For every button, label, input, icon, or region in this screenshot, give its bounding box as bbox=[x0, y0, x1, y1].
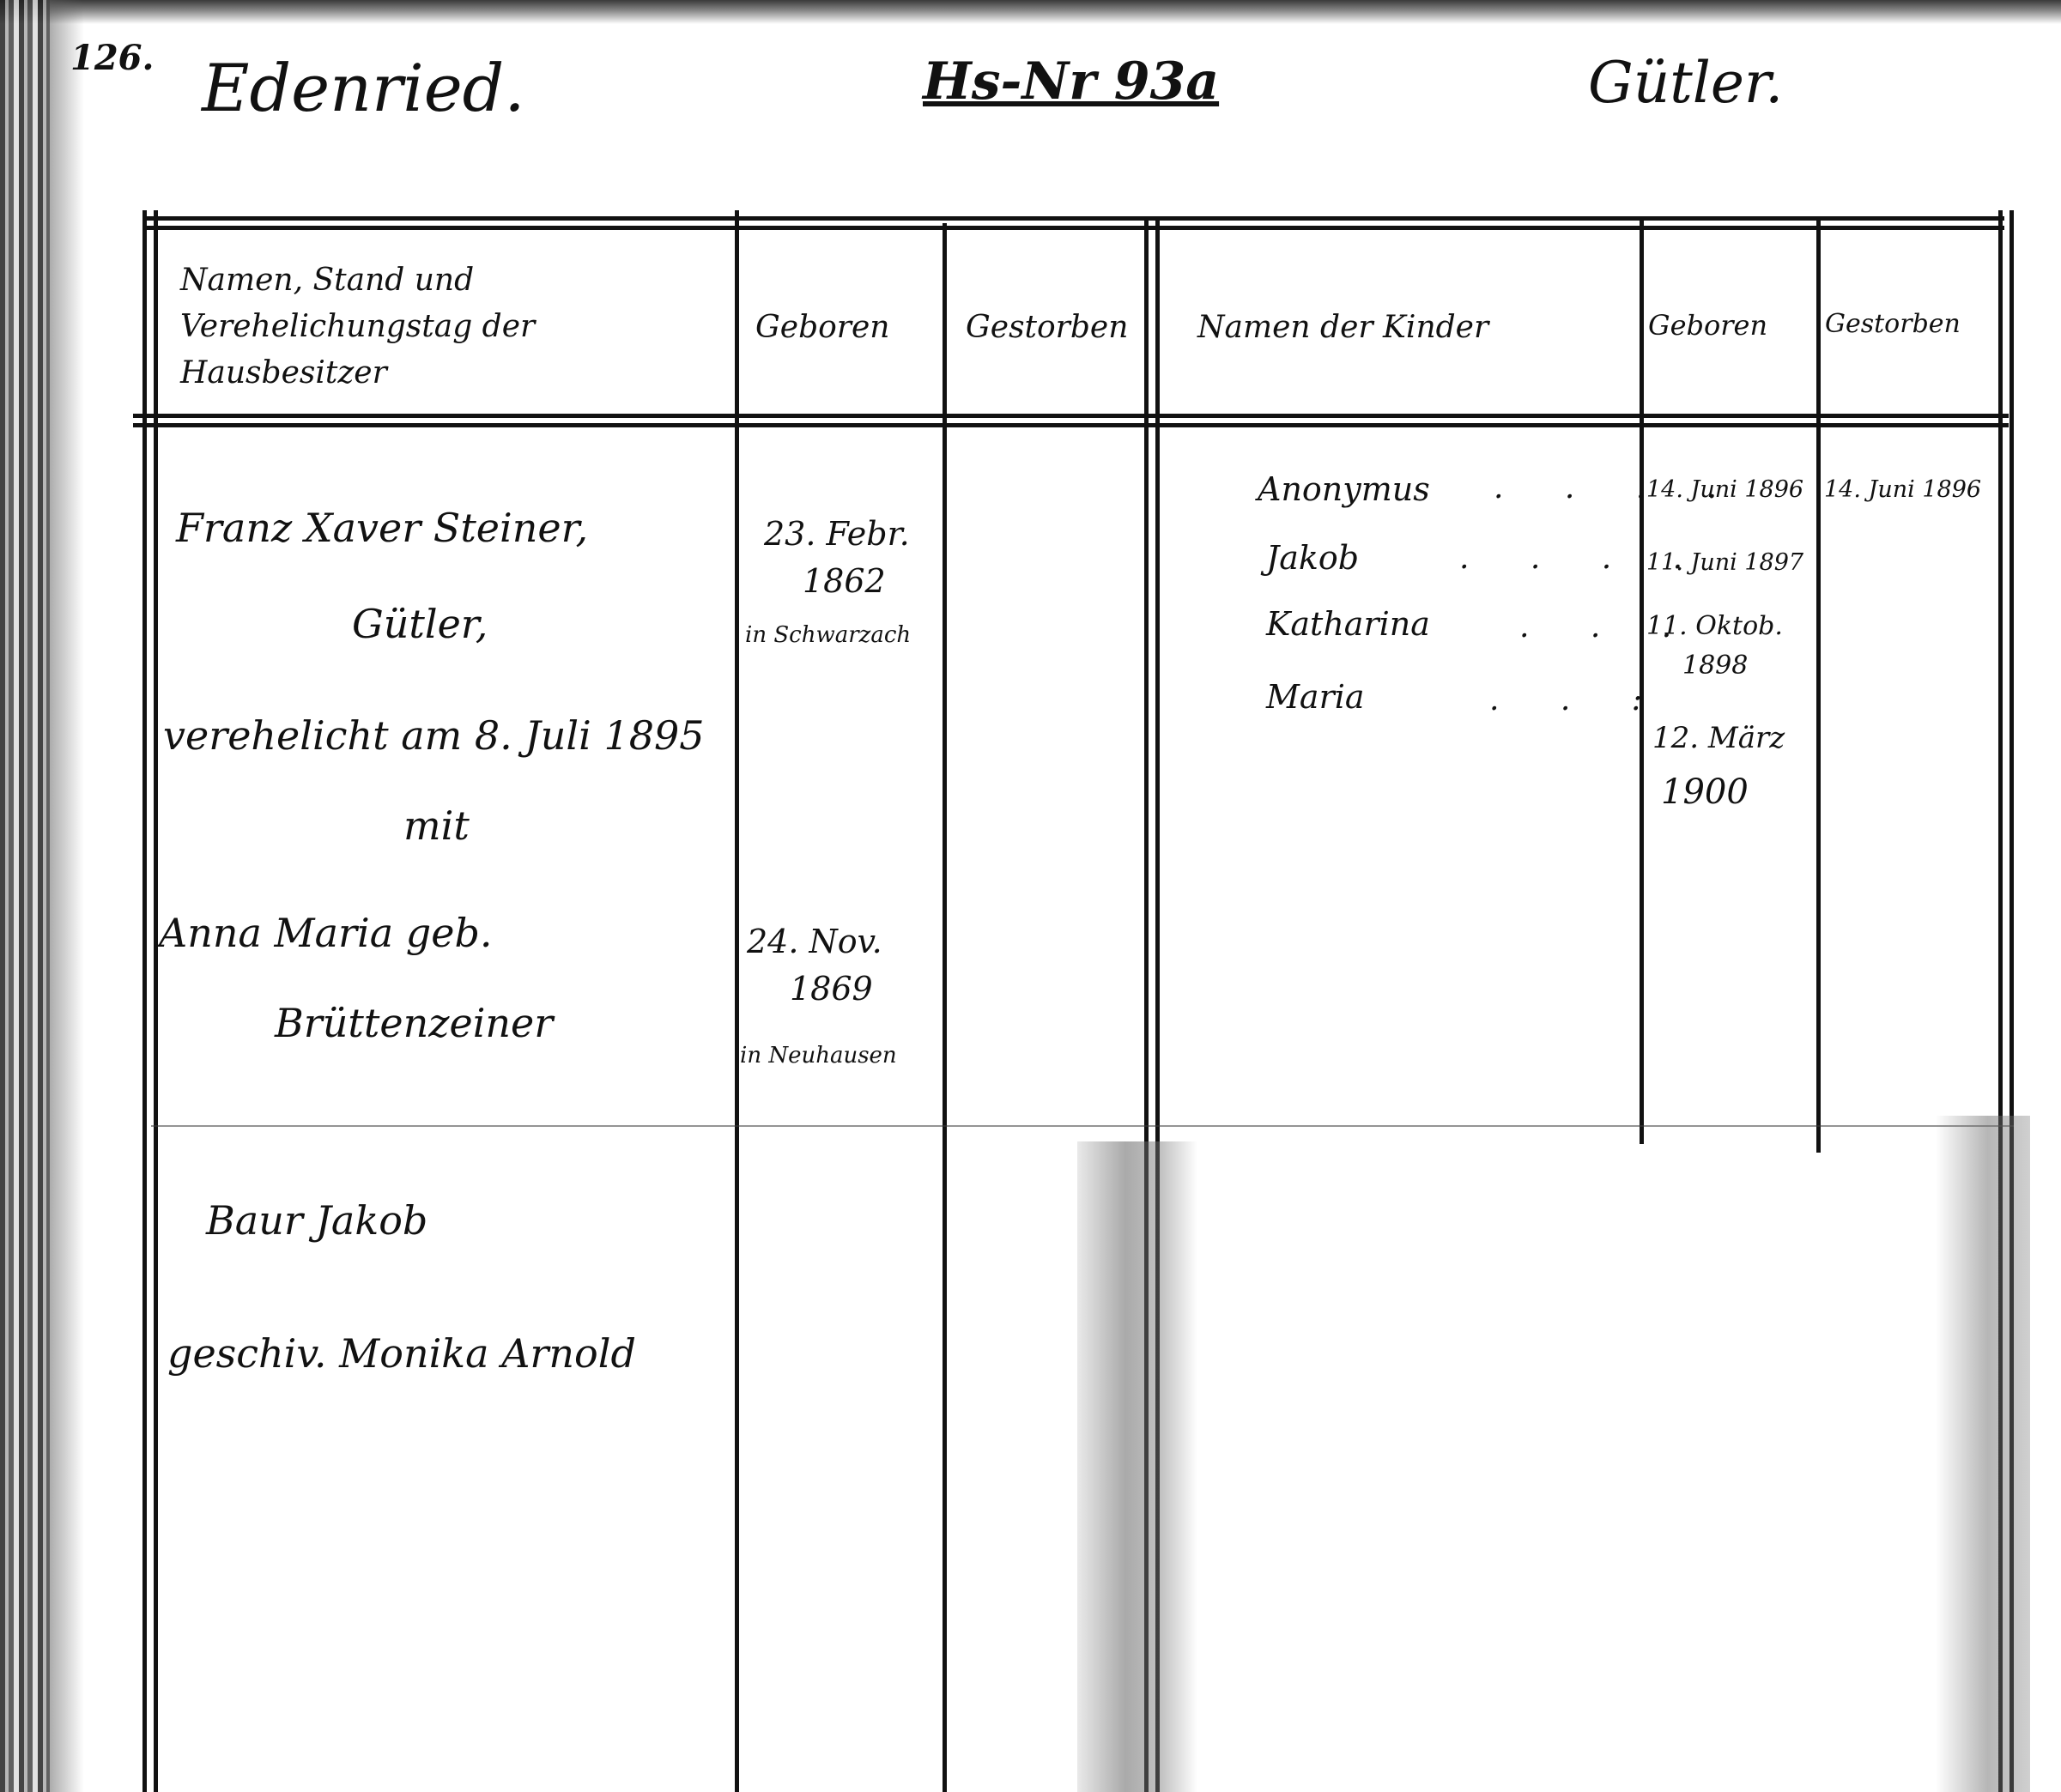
header-child-born: Geboren bbox=[1648, 305, 1767, 346]
header-bottom-rule bbox=[133, 414, 2009, 427]
wife-born-year: 1869 bbox=[790, 970, 873, 1008]
row-separator bbox=[151, 1125, 2014, 1127]
scan-shadow-left bbox=[1077, 1141, 1197, 1792]
child-born: 11. Juni 1897 bbox=[1646, 549, 1803, 576]
husband-status: Gütler, bbox=[352, 601, 488, 647]
wife-born-date: 24. Nov. bbox=[747, 923, 882, 960]
header-owner: Namen, Stand und Verehelichungstag der H… bbox=[180, 257, 712, 397]
child-born-line2: 1900 bbox=[1661, 772, 1749, 812]
scan-shadow-right bbox=[1936, 1116, 2030, 1792]
husband-born-date: 23. Febr. bbox=[764, 515, 910, 553]
table-left-rule bbox=[142, 210, 158, 1792]
book-binding bbox=[0, 0, 50, 1792]
second-owner-note: geschiv. Monika Arnold bbox=[167, 1330, 636, 1377]
child-name: Jakob bbox=[1266, 539, 1359, 577]
child-name: Katharina bbox=[1266, 605, 1430, 643]
wife-maiden-name: Brüttenzeiner bbox=[275, 1000, 553, 1046]
child-name: Maria bbox=[1266, 678, 1365, 716]
child-born: 14. Juni 1896 bbox=[1646, 476, 1803, 503]
marriage-date: verehelicht am 8. Juli 1895 bbox=[163, 712, 705, 759]
child-died: 14. Juni 1896 bbox=[1824, 476, 1981, 503]
scan-top-shadow bbox=[0, 0, 2061, 24]
leader-dots: . . : bbox=[1489, 682, 1668, 717]
husband-name: Franz Xaver Steiner, bbox=[176, 505, 588, 551]
house-number: Hs-Nr 93a bbox=[923, 51, 1219, 112]
marriage-with: mit bbox=[403, 802, 470, 849]
wife-name: Anna Maria geb. bbox=[159, 910, 493, 956]
child-name: Anonymus bbox=[1258, 470, 1430, 508]
header-owner-born: Geboren bbox=[755, 305, 889, 351]
col-rule-2 bbox=[943, 223, 947, 1792]
wife-born-place: in Neuhausen bbox=[740, 1043, 897, 1069]
header-child-died: Gestorben bbox=[1825, 305, 1961, 343]
col-rule-4 bbox=[1640, 219, 1644, 1144]
page-number: 126. bbox=[70, 38, 154, 78]
second-owner-name: Baur Jakob bbox=[206, 1197, 427, 1244]
place-name: Edenried. bbox=[202, 50, 524, 126]
child-born-line1: 12. März bbox=[1652, 721, 1785, 755]
header-children: Namen der Kinder bbox=[1197, 305, 1488, 351]
child-born-line2: 1898 bbox=[1682, 651, 1748, 681]
husband-born-place: in Schwarzach bbox=[745, 622, 911, 648]
col-rule-5 bbox=[1816, 219, 1821, 1153]
husband-born-year: 1862 bbox=[803, 562, 886, 600]
occupation-heading: Gütler. bbox=[1588, 50, 1783, 116]
header-owner-died: Gestorben bbox=[966, 305, 1128, 351]
binding-shadow bbox=[50, 0, 84, 1792]
col-rule-1 bbox=[735, 210, 739, 1792]
table-top-rule bbox=[146, 216, 2004, 230]
child-born-line1: 11. Oktob. bbox=[1646, 611, 1783, 641]
